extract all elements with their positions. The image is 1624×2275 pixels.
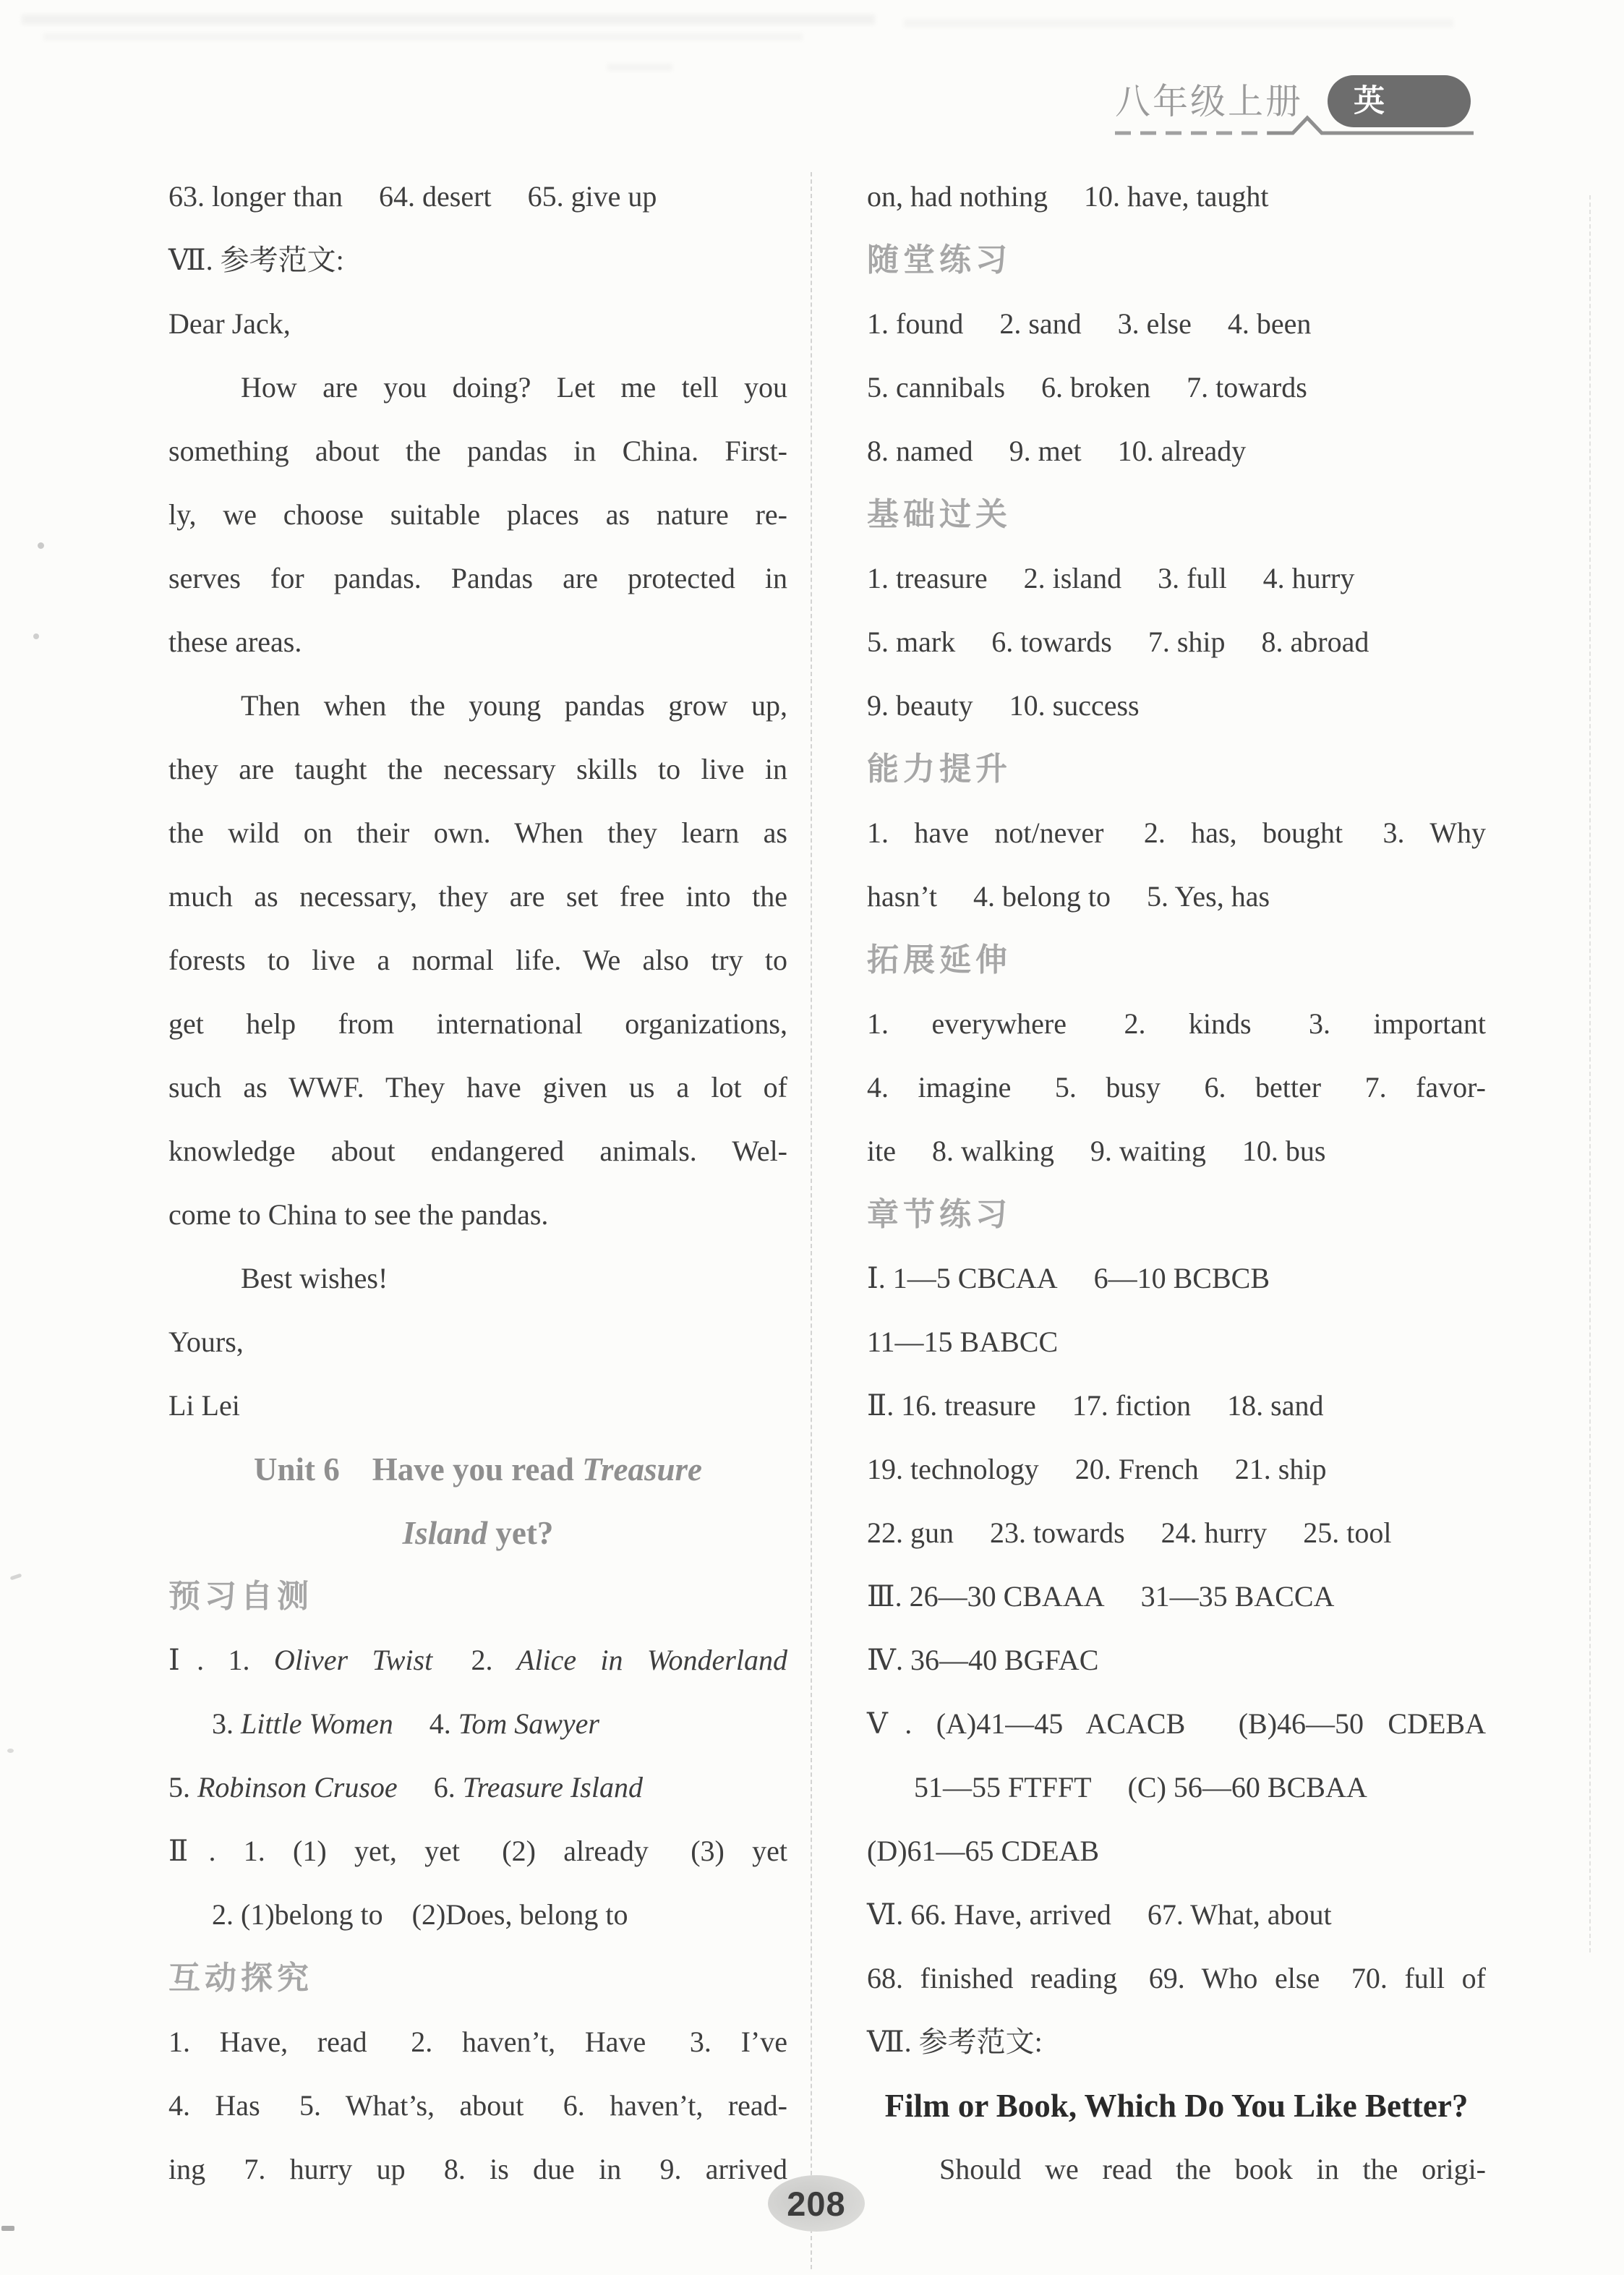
page-number: 208 (787, 2184, 845, 2224)
scan-speck (10, 1574, 22, 1581)
book-title-italic: Little Women (241, 1707, 393, 1740)
text-line: much as necessary, they are set free int… (168, 865, 787, 929)
text-line: forests to live a normal life. We also t… (168, 929, 787, 992)
scan-noise (43, 33, 803, 40)
book-title-italic: Island (403, 1515, 488, 1551)
section-heading: 章节练习 (867, 1183, 1486, 1247)
text-line: get help from international organization… (168, 992, 787, 1056)
book-title-italic: Treasure Island (463, 1771, 643, 1804)
text-line: Ⅲ. 26—30 CBAAA 31—35 BACCA (867, 1565, 1486, 1629)
text-line: the wild on their own. When they learn a… (168, 801, 787, 865)
header-underline (1112, 114, 1481, 143)
text-line: Ⅰ. 1—5 CBCAA 6—10 BCBCB (867, 1247, 1486, 1310)
text-line: something about the pandas in China. Fir… (168, 419, 787, 483)
text-line: they are taught the necessary skills to … (168, 738, 787, 801)
text-line: Ⅰ. 1. Oliver Twist 2. Alice in Wonderlan… (168, 1629, 787, 1692)
text-line: 8. named 9. met 10. already (867, 419, 1486, 483)
text-line: How are you doing? Let me tell you (168, 356, 787, 419)
text-line: 5. mark 6. towards 7. ship 8. abroad (867, 610, 1486, 674)
scan-noise (904, 19, 1453, 27)
text-line: ite 8. walking 9. waiting 10. bus (867, 1119, 1486, 1183)
text-line: 1. everywhere 2. kinds 3. important (867, 992, 1486, 1056)
section-heading: 基础过关 (867, 483, 1486, 547)
text-line: Ⅶ. 参考范文: (867, 2010, 1486, 2074)
text-line: 1. treasure 2. island 3. full 4. hurry (867, 547, 1486, 610)
text-line: 51—55 FTFFT (C) 56—60 BCBAA (867, 1756, 1486, 1819)
text-line: knowledge about endangered animals. Wel- (168, 1119, 787, 1183)
scan-speck (33, 633, 39, 639)
text-line: Should we read the book in the origi- (867, 2138, 1486, 2201)
text-line: 2. (1)belong to (2)Does, belong to (168, 1883, 787, 1947)
section-heading: 能力提升 (867, 738, 1486, 801)
text-line: 5. cannibals 6. broken 7. towards (867, 356, 1486, 419)
scan-noise (607, 64, 672, 71)
section-heading: 拓展延伸 (867, 929, 1486, 992)
text-line: 3. Little Women 4. Tom Sawyer (168, 1692, 787, 1756)
text-line: on, had nothing 10. have, taught (867, 165, 1486, 229)
essay-title: Film or Book, Which Do You Like Better? (837, 2074, 1516, 2138)
section-heading: 预习自测 (168, 1565, 787, 1629)
text-line: Ⅴ. (A)41—45 ACACB (B)46—50 CDEBA (867, 1692, 1486, 1756)
book-title-italic: Alice in Wonderland (517, 1644, 787, 1676)
text-line: Yours, (168, 1310, 787, 1374)
text-line: such as WWF. They have given us a lot of (168, 1056, 787, 1119)
text-line: Ⅶ. 参考范文: (168, 229, 787, 292)
text-line: 1. have not/never 2. has, bought 3. Why (867, 801, 1486, 865)
unit-heading: Unit 6 Have you read Treasure (168, 1438, 787, 1501)
text-line: ly, we choose suitable places as nature … (168, 483, 787, 547)
text-line: Ⅳ. 36—40 BGFAC (867, 1629, 1486, 1692)
text-line: Then when the young pandas grow up, (168, 674, 787, 738)
text-line: 11—15 BABCC (867, 1310, 1486, 1374)
book-title-italic: Oliver Twist (274, 1644, 432, 1676)
book-title-italic: Treasure (582, 1451, 702, 1487)
text-line: hasn’t 4. belong to 5. Yes, has (867, 865, 1486, 929)
text-line: 5. Robinson Crusoe 6. Treasure Island (168, 1756, 787, 1819)
text-line: 4. imagine 5. busy 6. better 7. favor- (867, 1056, 1486, 1119)
answers-column-left: 63. longer than 64. desert 65. give upⅦ.… (168, 165, 787, 2201)
scan-speck (38, 542, 44, 549)
text-line: these areas. (168, 610, 787, 674)
text-line: 19. technology 20. French 21. ship (867, 1438, 1486, 1501)
section-heading: 随堂练习 (867, 229, 1486, 292)
column-divider-line (811, 172, 812, 2269)
text-line: 4. Has 5. What’s, about 6. haven’t, read… (168, 2074, 787, 2138)
book-title-italic: Tom Sawyer (458, 1707, 599, 1740)
text-line: Dear Jack, (168, 292, 787, 356)
scan-speck (1, 2226, 14, 2231)
text-line: 1. Have, read 2. haven’t, Have 3. I’ve (168, 2010, 787, 2074)
scan-speck (7, 1749, 14, 1753)
answers-column-right: on, had nothing 10. have, taught随堂练习1. f… (867, 165, 1486, 2201)
text-line: 1. found 2. sand 3. else 4. been (867, 292, 1486, 356)
text-line: Li Lei (168, 1374, 787, 1438)
text-line: come to China to see the pandas. (168, 1183, 787, 1247)
text-line: 63. longer than 64. desert 65. give up (168, 165, 787, 229)
text-line: 9. beauty 10. success (867, 674, 1486, 738)
scan-noise (22, 14, 875, 25)
text-line: (D)61—65 CDEAB (867, 1819, 1486, 1883)
page-number-badge: 208 (768, 2175, 865, 2232)
text-line: serves for pandas. Pandas are protected … (168, 547, 787, 610)
text-line: 68. finished reading 69. Who else 70. fu… (867, 1947, 1486, 2010)
page-edge-line (1589, 195, 1591, 1952)
text-line: 22. gun 23. towards 24. hurry 25. tool (867, 1501, 1486, 1565)
text-line: Ⅱ. 16. treasure 17. fiction 18. sand (867, 1374, 1486, 1438)
text-line: Ⅵ. 66. Have, arrived 67. What, about (867, 1883, 1486, 1947)
text-line: Ⅱ. 1. (1) yet, yet (2) already (3) yet (168, 1819, 787, 1883)
book-title-italic: Robinson Crusoe (197, 1771, 398, 1804)
scanned-answer-page: 八年级上册 英语 63. longer than 64. desert 65. … (0, 0, 1624, 2275)
text-line: ing 7. hurry up 8. is due in 9. arrived (168, 2138, 787, 2201)
section-heading: 互动探究 (168, 1947, 787, 2010)
text-line: Best wishes! (168, 1247, 787, 1310)
unit-heading: Island yet? (168, 1501, 787, 1565)
